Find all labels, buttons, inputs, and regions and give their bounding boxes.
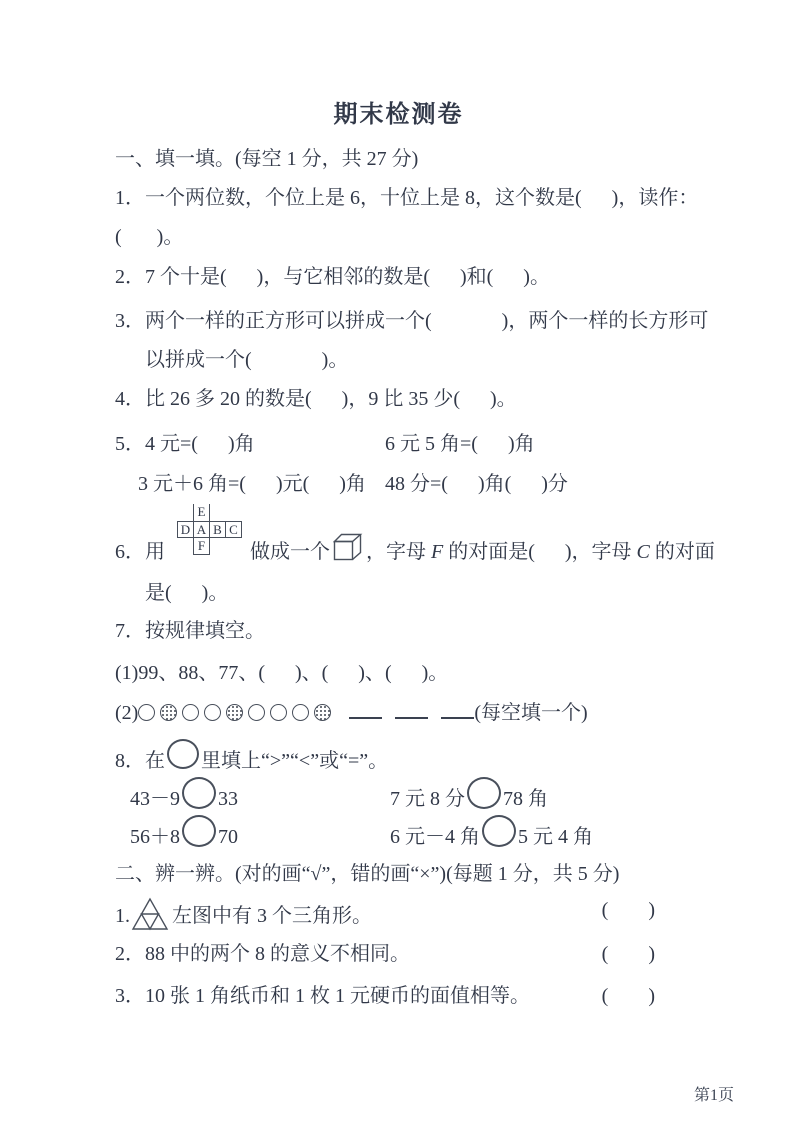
letter-variable: C (637, 541, 650, 563)
judge-item-1: 1.左图中有 3 个三角形。 ( ) (115, 897, 695, 931)
open-circle-icon (138, 704, 155, 721)
comparison-left-value: 6 元－4 角 (390, 826, 480, 848)
question-5-right: 48 分=( )角( )分 (385, 471, 568, 498)
cube-outline-icon (333, 533, 363, 561)
comparison-cell: 43－933 (130, 777, 390, 813)
question-7-sub2-prefix: (2) (115, 702, 138, 724)
comparison-cell: 56＋870 (130, 815, 390, 851)
section-two-heading: 二、辨一辨。(对的画“√”，错的画“×”)(每题 1 分，共 5 分) (115, 861, 695, 888)
comparison-cell: 6 元－4 角5 元 4 角 (390, 815, 593, 851)
answer-blank (349, 697, 382, 719)
shaded-circle-icon (226, 704, 243, 721)
page-number: 第1页 (694, 1082, 734, 1105)
question-8-prefix: 8．在 (115, 750, 165, 772)
triangle-figure-icon (130, 897, 170, 931)
question-5-right: 6 元 5 角=( )角 (385, 431, 535, 458)
question-3-line-1: 3．两个一样的正方形可以拼成一个( )，两个一样的长方形可 (115, 308, 695, 335)
question-7-heading: 7．按规律填空。 (115, 618, 695, 645)
net-cell: A (193, 521, 210, 538)
judge-item-number: 1. (115, 905, 130, 927)
judge-item-3: 3．10 张 1 角纸币和 1 枚 1 元硬币的面值相等。 ( ) (115, 983, 695, 1010)
letter-variable: F (431, 541, 443, 563)
question-5-row-1: 5．4 元=( )角 6 元 5 角=( )角 (115, 431, 695, 458)
answer-blank (395, 697, 428, 719)
question-8-suffix: 里填上“>”“<”或“=”。 (201, 750, 388, 772)
question-6-mid: 做成一个 (250, 541, 330, 563)
net-cell: C (225, 521, 242, 538)
question-1-line-1: 1．一个两位数，个位上是 6，十位上是 8，这个数是( )，读作： (115, 185, 695, 212)
net-cell-bottom: F (193, 538, 210, 555)
net-cell: B (209, 521, 226, 538)
question-7-sub-1: (1)99、88、77、( )、( )、( )。 (115, 660, 695, 687)
judge-item-text: 3．10 张 1 角纸币和 1 枚 1 元硬币的面值相等。 (115, 983, 530, 1010)
question-8-heading: 8．在里填上“>”“<”或“=”。 (115, 739, 695, 775)
cube-net-figure: EDABCF (177, 504, 242, 555)
shaded-circle-icon (314, 704, 331, 721)
comparison-row-2: 56＋870 6 元－4 角5 元 4 角 (115, 815, 695, 851)
comparison-right-value: 33 (218, 788, 238, 810)
comparison-circle-icon (167, 739, 199, 769)
page-title: 期末检测卷 (115, 100, 682, 130)
comparison-cell: 7 元 8 分78 角 (390, 777, 548, 813)
question-5-left: 5．4 元=( )角 (115, 431, 385, 458)
answer-blank (441, 697, 474, 719)
question-4: 4．比 26 多 20 的数是( )，9 比 35 少( )。 (115, 386, 695, 413)
question-6-prefix: 6．用 (115, 541, 165, 563)
question-6-line-1: 6．用EDABCF做成一个，字母 F 的对面是( )，字母 C 的对面 (115, 504, 695, 566)
open-circle-icon (182, 704, 199, 721)
answer-bracket: ( ) (602, 941, 655, 968)
judge-item-2: 2．88 中的两个 8 的意义不相同。 ( ) (115, 941, 695, 968)
net-cell: D (177, 521, 194, 538)
question-2: 2．7 个十是( )，与它相邻的数是( )和( )。 (115, 264, 695, 291)
comparison-circle-icon (482, 815, 516, 847)
answer-bracket: ( ) (602, 983, 655, 1010)
net-cell-top: E (193, 504, 210, 521)
judge-item-text: 2．88 中的两个 8 的意义不相同。 (115, 941, 410, 968)
comparison-left-value: 43－9 (130, 788, 180, 810)
question-3-line-2: 以拼成一个( )。 (115, 347, 695, 374)
question-6-line-2: 是( )。 (115, 580, 695, 607)
question-6-seg3: 的对面 (650, 541, 715, 563)
open-circle-icon (292, 704, 309, 721)
comparison-row-1: 43－933 7 元 8 分78 角 (115, 777, 695, 813)
answer-bracket: ( ) (602, 897, 655, 931)
comparison-circle-icon (467, 777, 501, 809)
comparison-left-value: 7 元 8 分 (390, 788, 465, 810)
judge-item-text: 1.左图中有 3 个三角形。 (115, 897, 372, 931)
open-circle-icon (270, 704, 287, 721)
pattern-circle-group (138, 702, 336, 724)
comparison-circle-icon (182, 777, 216, 809)
shaded-circle-icon (160, 704, 177, 721)
comparison-right-value: 78 角 (503, 788, 548, 810)
question-5-left: 3 元＋6 角=( )元( )角 (138, 471, 385, 498)
exam-paper-page: 期末检测卷 一、填一填。(每空 1 分，共 27 分) 1．一个两位数，个位上是… (0, 0, 794, 1123)
section-one-heading: 一、填一填。(每空 1 分，共 27 分) (115, 146, 695, 173)
question-1-line-2: ( )。 (115, 224, 695, 251)
question-7-sub2-suffix: (每空填一个) (474, 702, 587, 724)
open-circle-icon (248, 704, 265, 721)
question-6-seg1: ，字母 (366, 541, 431, 563)
question-5-row-2: 3 元＋6 角=( )元( )角 48 分=( )角( )分 (115, 471, 695, 498)
page-content: 期末检测卷 一、填一填。(每空 1 分，共 27 分) 1．一个两位数，个位上是… (115, 100, 695, 1010)
open-circle-icon (204, 704, 221, 721)
comparison-circle-icon (182, 815, 216, 847)
comparison-left-value: 56＋8 (130, 826, 180, 848)
comparison-right-value: 5 元 4 角 (518, 826, 593, 848)
comparison-right-value: 70 (218, 826, 238, 848)
question-7-sub-2: (2)(每空填一个) (115, 697, 695, 727)
question-6-seg2: 的对面是( )，字母 (443, 541, 636, 563)
